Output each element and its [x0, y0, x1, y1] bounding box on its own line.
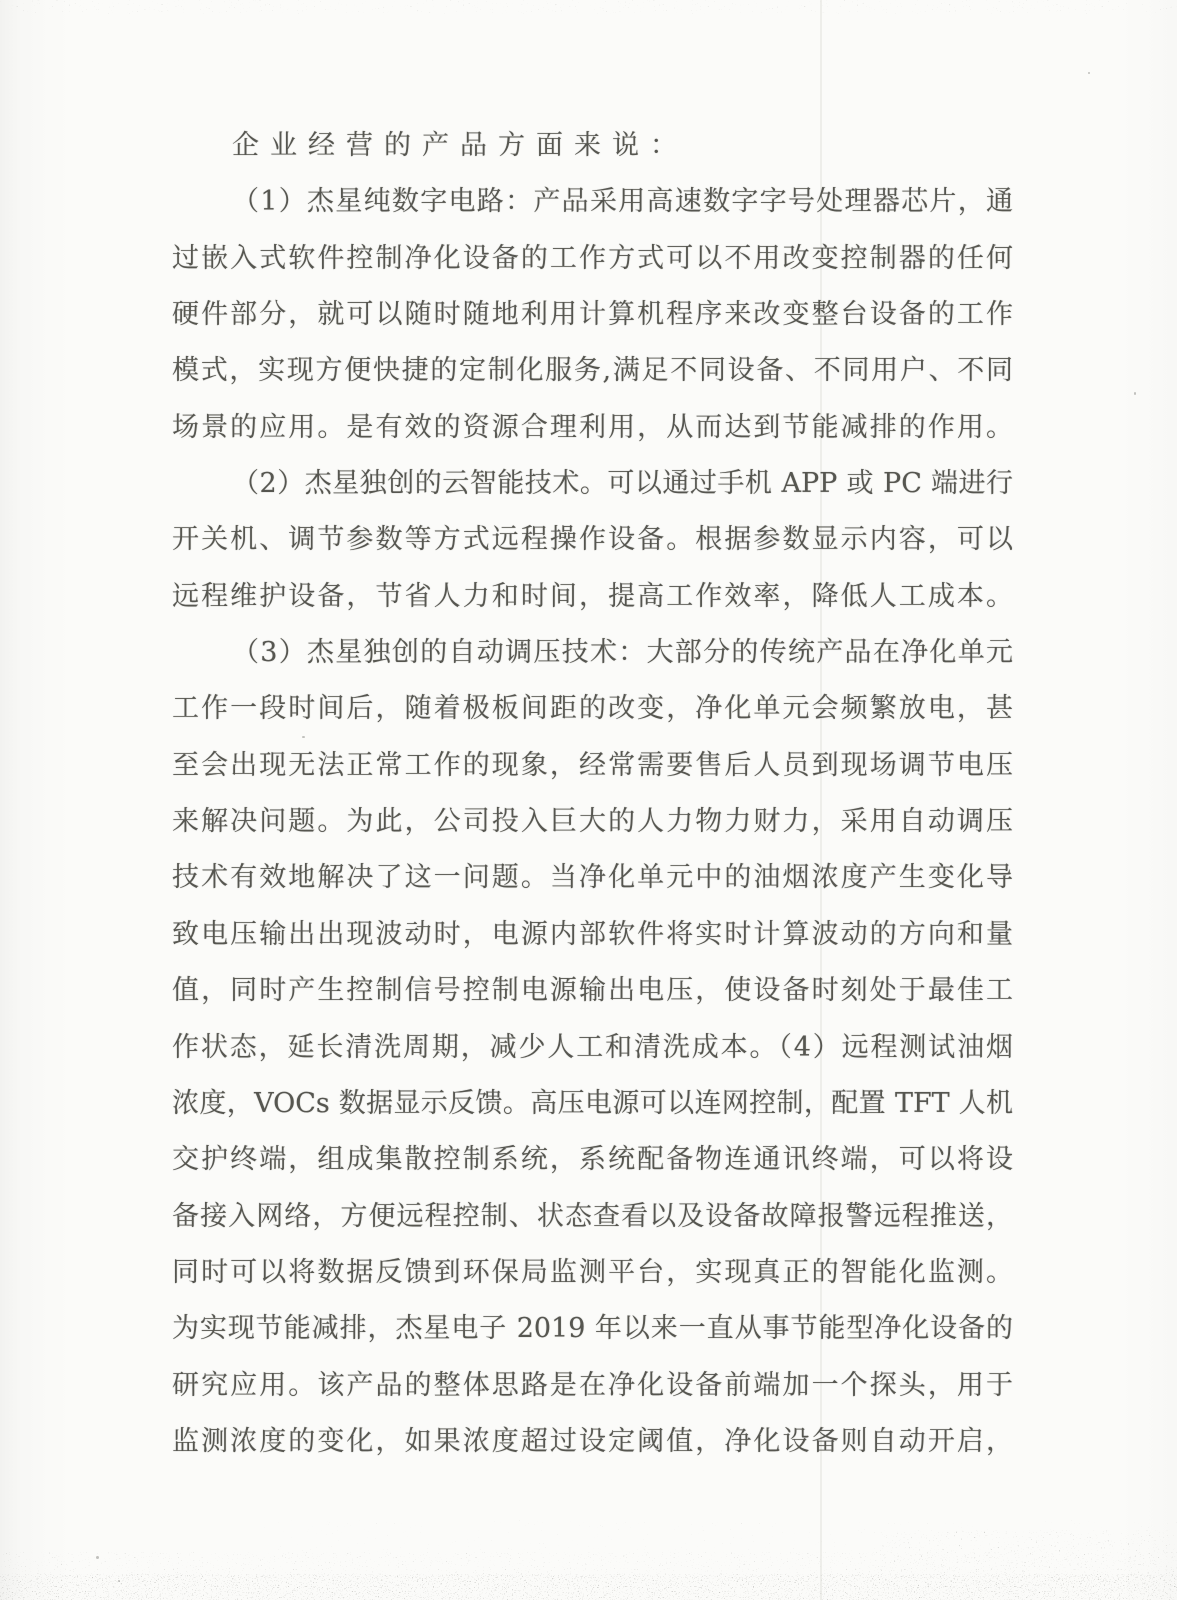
text-line: 过嵌入式软件控制净化设备的工作方式可以不用改变控制器的任何 [172, 231, 1013, 287]
scan-speck [1088, 72, 1090, 74]
document-text-block: 企业经营的产品方面来说： （1）杰星纯数字电路：产品采用高速数字字号处理器芯片，… [172, 118, 1013, 1470]
text-line: 模式，实现方便快捷的定制化服务,满足不同设备、不同用户、不同 [172, 343, 1013, 399]
text-line: 硬件部分，就可以随时随地利用计算机程序来改变整台设备的工作 [172, 287, 1013, 343]
text-line: 备接入网络，方便远程控制、状态查看以及设备故障报警远程推送， [172, 1189, 1013, 1245]
text-line: 至会出现无法正常工作的现象，经常需要售后人员到现场调节电压 [172, 738, 1013, 794]
scanned-document-page: 企业经营的产品方面来说： （1）杰星纯数字电路：产品采用高速数字字号处理器芯片，… [0, 0, 1177, 1600]
text-line: 企业经营的产品方面来说： [172, 118, 1013, 174]
text-line: 开关机、调节参数等方式远程操作设备。根据参数显示内容，可以 [172, 512, 1013, 568]
text-line: 致电压输出出现波动时，电源内部软件将实时计算波动的方向和量 [172, 907, 1013, 963]
text-line: 远程维护设备，节省人力和时间，提高工作效率，降低人工成本。 [172, 569, 1013, 625]
text-line: 交护终端，组成集散控制系统，系统配备物连通讯终端，可以将设 [172, 1132, 1013, 1188]
text-line: （2）杰星独创的云智能技术。可以通过手机 APP 或 PC 端进行 [172, 456, 1013, 512]
text-line: 作状态，延长清洗周期，减少人工和清洗成本。（4）远程测试油烟 [172, 1020, 1013, 1076]
text-line: 研究应用。该产品的整体思路是在净化设备前端加一个探头，用于 [172, 1358, 1013, 1414]
text-line: （1）杰星纯数字电路：产品采用高速数字字号处理器芯片，通 [172, 174, 1013, 230]
scan-noise-top [0, 0, 1177, 18]
text-line: 监测浓度的变化，如果浓度超过设定阈值，净化设备则自动开启， [172, 1414, 1013, 1470]
text-line: 值，同时产生控制信号控制电源输出电压，使设备时刻处于最佳工 [172, 963, 1013, 1019]
text-line: 技术有效地解决了这一问题。当净化单元中的油烟浓度产生变化导 [172, 850, 1013, 906]
text-line: 场景的应用。是有效的资源合理利用，从而达到节能减排的作用。 [172, 400, 1013, 456]
text-line: 为实现节能减排，杰星电子 2019 年以来一直从事节能型净化设备的 [172, 1301, 1013, 1357]
text-line: 来解决问题。为此，公司投入巨大的人力物力财力，采用自动调压 [172, 794, 1013, 850]
text-line: 同时可以将数据反馈到环保局监测平台，实现真正的智能化监测。 [172, 1245, 1013, 1301]
scan-noise-bottom [0, 1512, 1177, 1600]
text-line: 工作一段时间后，随着极板间距的改变，净化单元会频繁放电，甚 [172, 681, 1013, 737]
text-line: 浓度，VOCs 数据显示反馈。高压电源可以连网控制，配置 TFT 人机 [172, 1076, 1013, 1132]
scan-speck [1134, 392, 1136, 395]
text-line: （3）杰星独创的自动调压技术：大部分的传统产品在净化单元 [172, 625, 1013, 681]
